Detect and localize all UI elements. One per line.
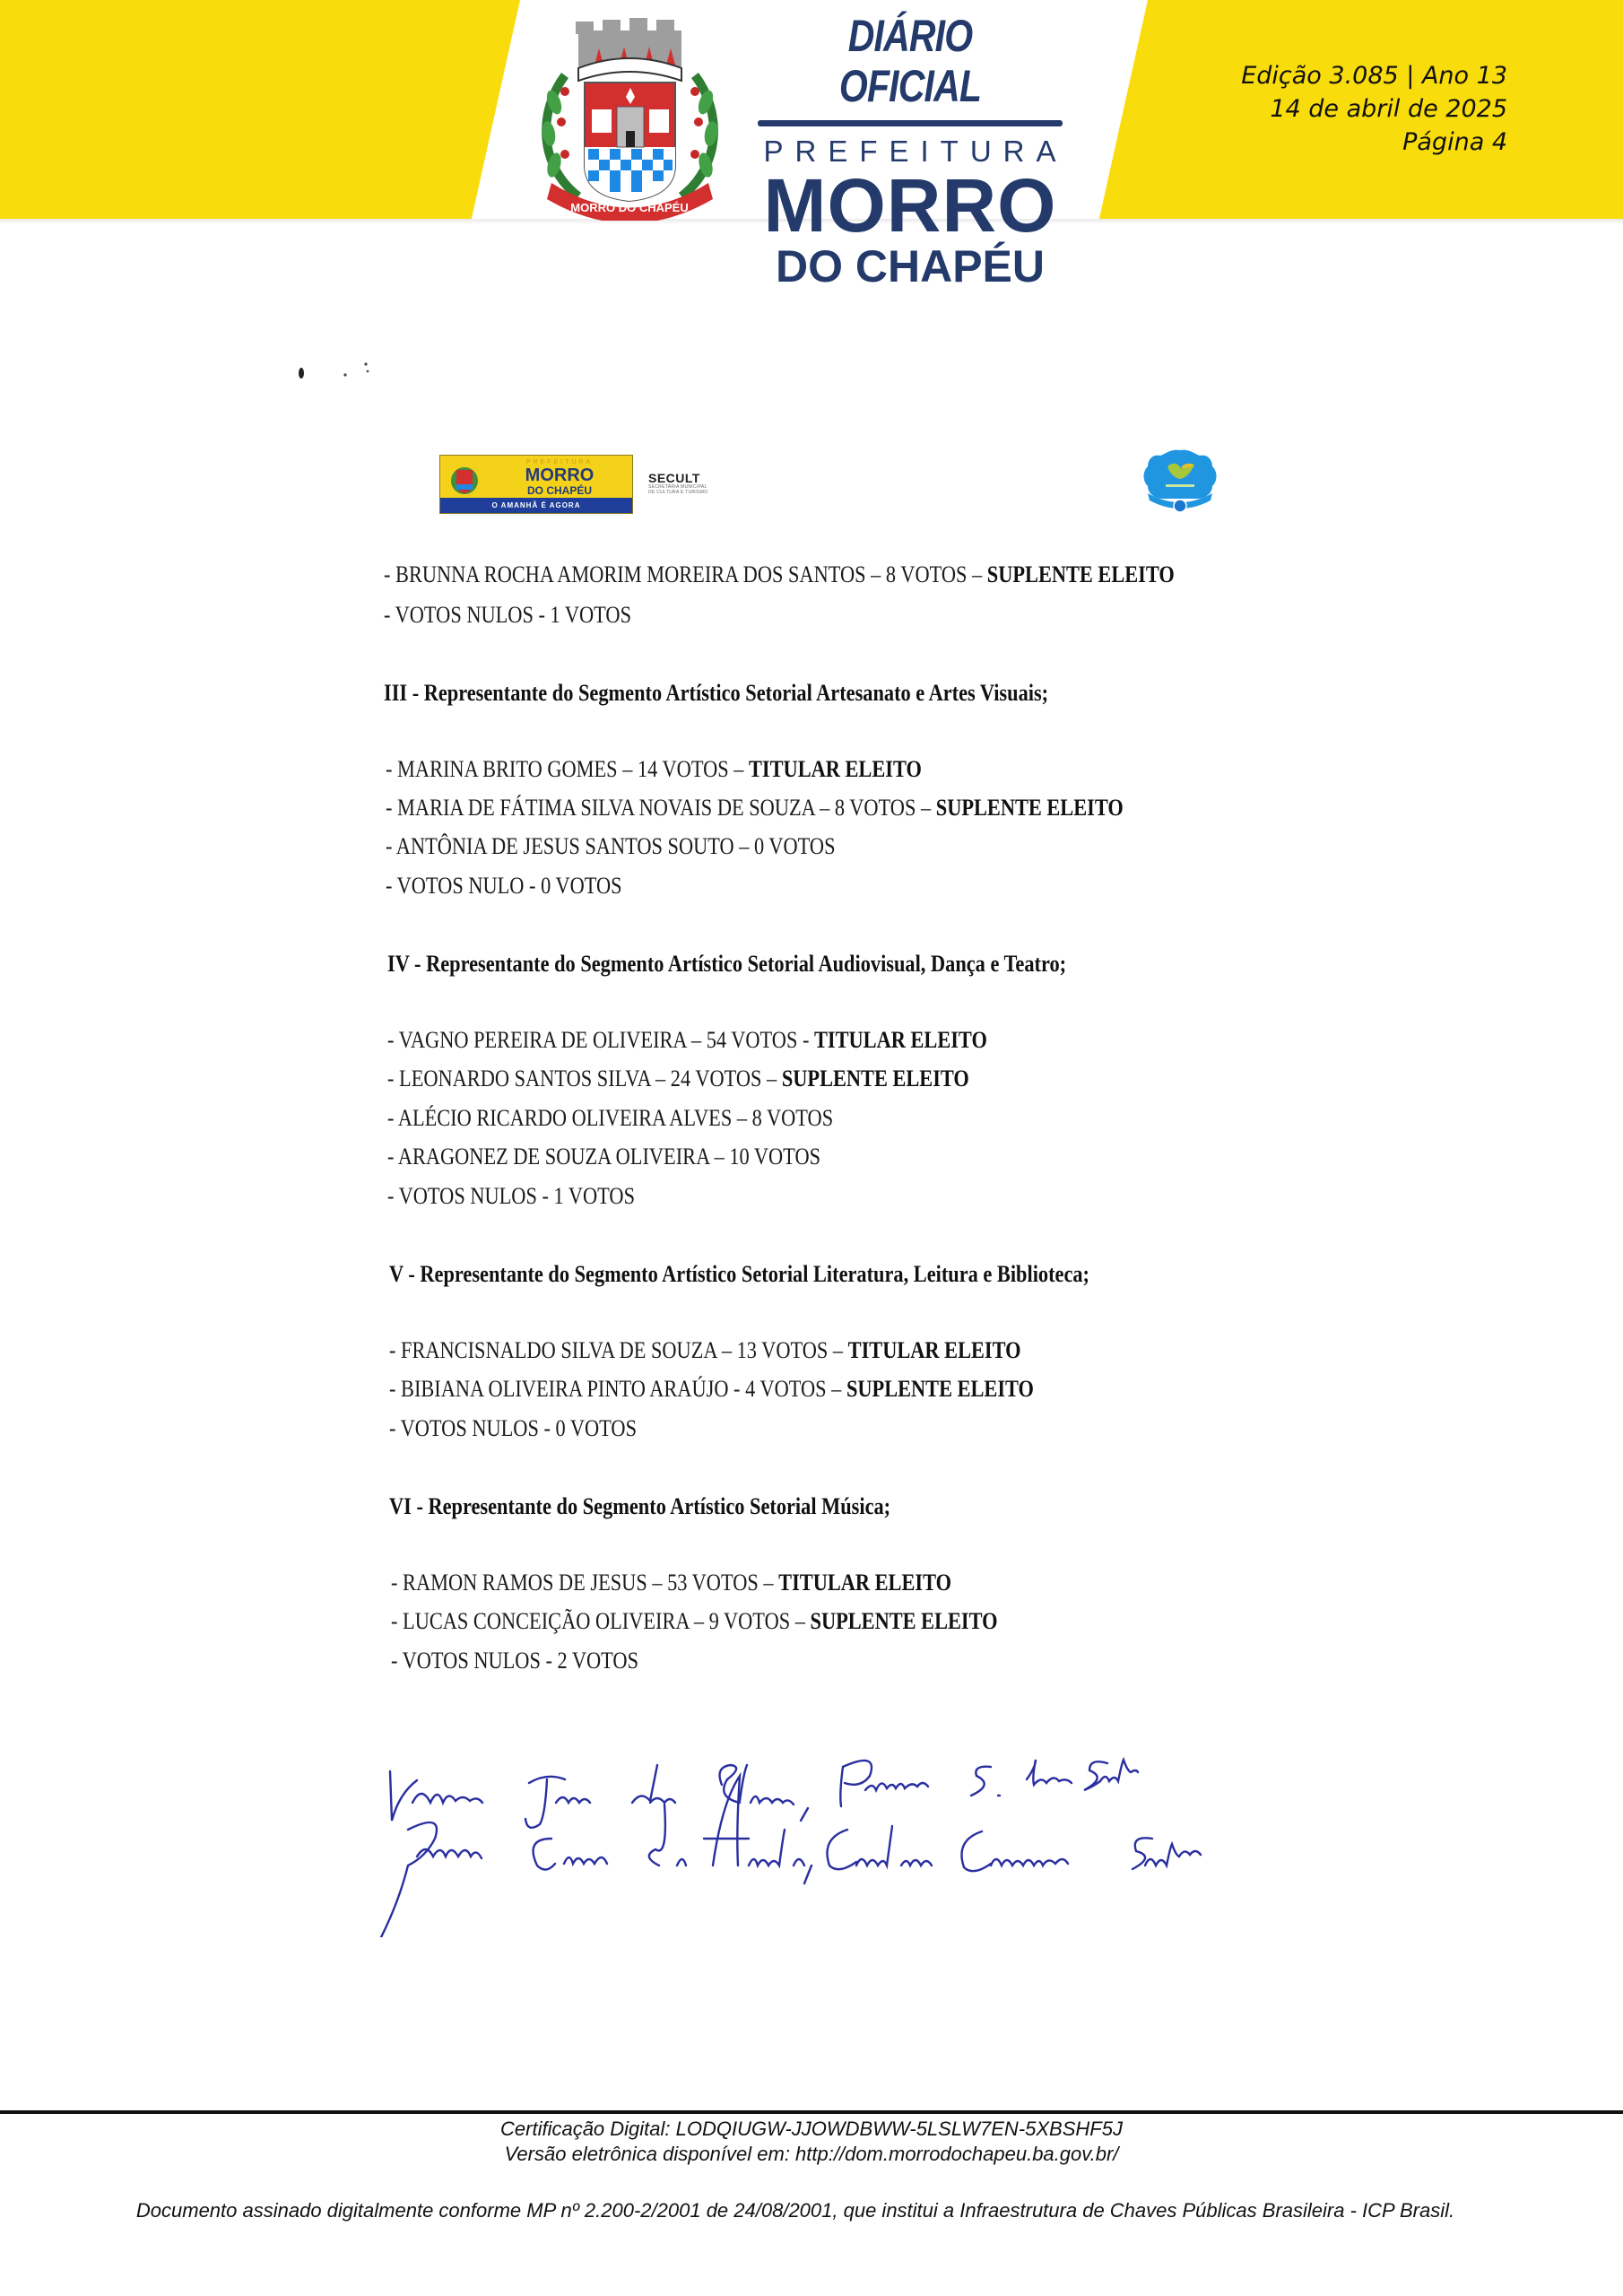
secult-subtitle-2: DE CULTURA E TURISMO <box>648 490 707 495</box>
candidate-votes: - BIBIANA OLIVEIRA PINTO ARAÚJO - 4 VOTO… <box>389 1376 846 1402</box>
vote-result-line: - ANTÔNIA DE JESUS SANTOS SOUTO – 0 VOTO… <box>386 833 836 860</box>
vote-result-line: - LUCAS CONCEIÇÃO OLIVEIRA – 9 VOTOS – S… <box>391 1608 998 1635</box>
vote-result-line: - BIBIANA OLIVEIRA PINTO ARAÚJO - 4 VOTO… <box>389 1376 1034 1403</box>
secult-title: SECULT <box>648 472 707 484</box>
edition-date: 14 de abril de 2025 <box>1241 92 1507 126</box>
vote-result-line: - VOTOS NULO - 0 VOTOS <box>386 873 622 900</box>
vote-result-line: - VOTOS NULOS - 1 VOTOS <box>384 602 631 629</box>
header-yellow-band-left <box>0 0 520 222</box>
vote-result-line: - ALÉCIO RICARDO OLIVEIRA ALVES – 8 VOTO… <box>387 1105 833 1132</box>
election-status: SUPLENTE ELEITO <box>987 561 1175 587</box>
candidate-votes: - RAMON RAMOS DE JESUS – 53 VOTOS – <box>391 1570 778 1596</box>
gazette-header: MORRO DO CHAPÉU DIÁRIO OFICIAL PREFEITUR… <box>0 0 1623 222</box>
candidate-votes: - ARAGONEZ DE SOUZA OLIVEIRA – 10 VOTOS <box>387 1144 820 1170</box>
vote-result-line: - FRANCISNALDO SILVA DE SOUZA – 13 VOTOS… <box>389 1337 1021 1364</box>
secult-logo: SECULT SECRETARIA MUNICIPAL DE CULTURA E… <box>648 472 707 495</box>
gazette-wordmark: DIÁRIO OFICIAL PREFEITURA MORRO DO CHAPÉ… <box>749 11 1072 291</box>
mini-crest-icon <box>449 461 480 497</box>
vote-result-line: - ARAGONEZ DE SOUZA OLIVEIRA – 10 VOTOS <box>387 1144 820 1170</box>
page-number: Página 4 <box>1241 126 1507 159</box>
signatures <box>363 1731 1278 1937</box>
vote-result-line: - VAGNO PEREIRA DE OLIVEIRA – 54 VOTOS -… <box>387 1027 987 1054</box>
wordmark-divider <box>758 120 1063 126</box>
election-status: SUPLENTE ELEITO <box>936 795 1124 821</box>
prefeitura-logo: PREFEITURA MORRO DO CHAPÉU O AMANHÃ É AG… <box>439 455 633 514</box>
digital-certification: Certificação Digital: LODQIUGW-JJOWDBWW-… <box>0 2117 1623 2142</box>
vote-result-line: - MARINA BRITO GOMES – 14 VOTOS – TITULA… <box>386 756 922 783</box>
section-heading: IV - Representante do Segmento Artístico… <box>387 951 1066 978</box>
electronic-version-link[interactable]: Versão eletrônica disponível em: http://… <box>0 2142 1623 2167</box>
election-status: SUPLENTE ELEITO <box>811 1608 998 1634</box>
legal-notice: Documento assinado digitalmente conforme… <box>0 2198 1607 2223</box>
vote-result-line: - VOTOS NULOS - 0 VOTOS <box>389 1415 637 1442</box>
edition-number: Edição 3.085 | Ano 13 <box>1241 59 1507 92</box>
section-heading: VI - Representante do Segmento Artístico… <box>389 1493 890 1520</box>
candidate-votes: - VOTOS NULOS - 0 VOTOS <box>389 1415 637 1441</box>
candidate-votes: - VAGNO PEREIRA DE OLIVEIRA – 54 VOTOS - <box>387 1027 814 1053</box>
candidate-votes: - LUCAS CONCEIÇÃO OLIVEIRA – 9 VOTOS – <box>391 1608 811 1634</box>
vote-result-line: - VOTOS NULOS - 2 VOTOS <box>391 1648 638 1674</box>
publication-title: DIÁRIO OFICIAL <box>777 11 1042 111</box>
city-name-line1: MORRO <box>749 170 1072 241</box>
election-status: SUPLENTE ELEITO <box>782 1065 969 1091</box>
candidate-votes: - MARIA DE FÁTIMA SILVA NOVAIS DE SOUZA … <box>386 795 936 821</box>
candidate-votes: - MARINA BRITO GOMES – 14 VOTOS – <box>386 756 749 782</box>
vote-result-line: - VOTOS NULOS - 1 VOTOS <box>387 1183 635 1210</box>
scan-specks <box>296 357 404 384</box>
candidate-votes: - BRUNNA ROCHA AMORIM MOREIRA DOS SANTOS… <box>384 561 987 587</box>
logo-slogan: O AMANHÃ É AGORA <box>440 498 632 513</box>
candidate-votes: - ALÉCIO RICARDO OLIVEIRA ALVES – 8 VOTO… <box>387 1105 833 1131</box>
vote-result-line: - LEONARDO SANTOS SILVA – 24 VOTOS – SUP… <box>387 1065 969 1092</box>
candidate-votes: - VOTOS NULO - 0 VOTOS <box>386 873 622 899</box>
election-status: TITULAR ELEITO <box>814 1027 987 1053</box>
council-emblem-icon <box>1135 447 1225 515</box>
city-name-line2: DO CHAPÉU <box>749 241 1072 291</box>
candidate-votes: - VOTOS NULOS - 1 VOTOS <box>387 1183 635 1209</box>
vote-result-line: - RAMON RAMOS DE JESUS – 53 VOTOS – TITU… <box>391 1570 951 1596</box>
election-status: TITULAR ELEITO <box>749 756 922 782</box>
logo-city-line1: MORRO <box>492 467 627 484</box>
section-heading: V - Representante do Segmento Artístico … <box>389 1261 1089 1288</box>
election-status: TITULAR ELEITO <box>778 1570 951 1596</box>
vote-result-line: - BRUNNA ROCHA AMORIM MOREIRA DOS SANTOS… <box>384 561 1175 588</box>
svg-text:MORRO DO CHAPÉU: MORRO DO CHAPÉU <box>570 201 688 214</box>
candidate-votes: - VOTOS NULOS - 2 VOTOS <box>391 1648 638 1674</box>
municipal-crest-icon: MORRO DO CHAPÉU <box>529 13 731 221</box>
election-status: SUPLENTE ELEITO <box>846 1376 1034 1402</box>
candidate-votes: - FRANCISNALDO SILVA DE SOUZA – 13 VOTOS… <box>389 1337 848 1363</box>
candidate-votes: - ANTÔNIA DE JESUS SANTOS SOUTO – 0 VOTO… <box>386 833 836 859</box>
footer-divider <box>0 2110 1623 2114</box>
vote-result-line: - MARIA DE FÁTIMA SILVA NOVAIS DE SOUZA … <box>386 795 1124 822</box>
section-heading: III - Representante do Segmento Artístic… <box>384 680 1048 707</box>
edition-info: Edição 3.085 | Ano 13 14 de abril de 202… <box>1241 59 1507 159</box>
logo-city-line2: DO CHAPÉU <box>492 484 627 497</box>
election-status: TITULAR ELEITO <box>848 1337 1021 1363</box>
candidate-votes: - LEONARDO SANTOS SILVA – 24 VOTOS – <box>387 1065 782 1091</box>
candidate-votes: - VOTOS NULOS - 1 VOTOS <box>384 602 631 628</box>
